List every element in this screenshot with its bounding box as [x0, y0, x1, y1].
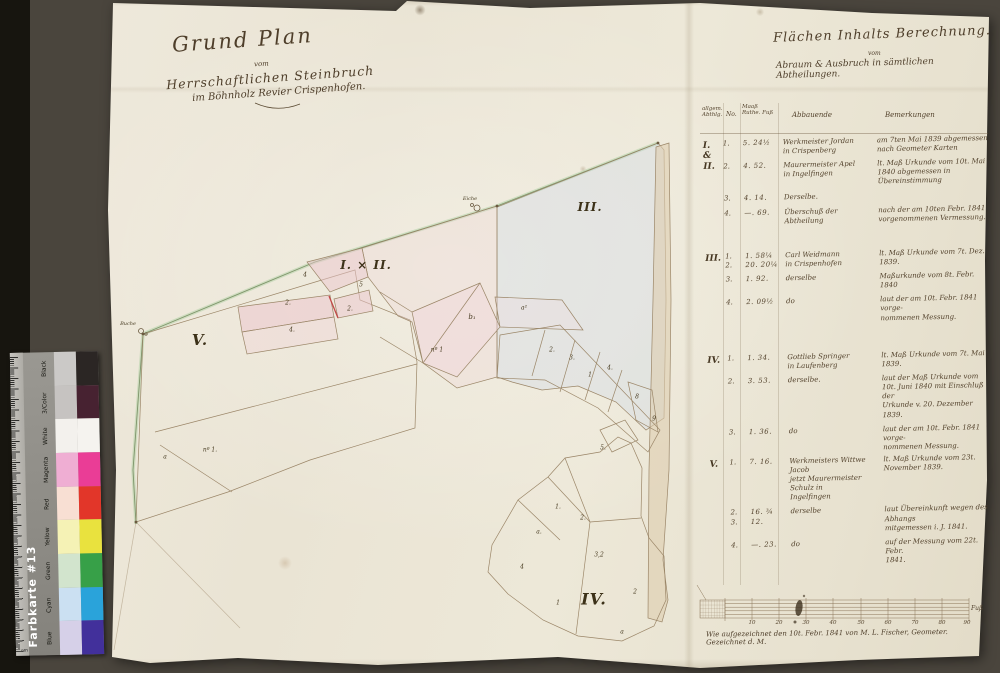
section-rows: 1. 2. 1. 58¼ 20. 20¼ Carl Weidmann in Cr…: [703, 247, 992, 327]
parcel-number-label: 9: [652, 416, 656, 423]
table-row: 1. 1. 34. Gottlieb Springer in Laufenber…: [705, 349, 993, 373]
color-patch-label: Green: [38, 554, 59, 588]
color-patch-tint: [55, 385, 78, 419]
parcel-number-label: 1.: [555, 504, 561, 511]
color-patch-solid: [77, 385, 100, 419]
row-measure: 16. ¾ 12.: [750, 508, 789, 536]
row-remark: lt. Maß Urkunde vom 7t. Mai 1839.: [881, 349, 993, 370]
color-patch-row: Black: [34, 351, 99, 386]
spacer-cell: [708, 509, 729, 537]
color-calibration-card: cm Farbkarte #13 Black 3/Color White: [10, 351, 104, 656]
color-patch-tint: [57, 520, 80, 554]
parcel-number-label: nº 1: [431, 347, 443, 354]
row-measure: 1. 92.: [746, 274, 784, 293]
table-section: I. & II. 1. 5. 24½ Werkmeister Jordan in…: [701, 134, 991, 233]
row-remark: laut Übereinkunft wegen des Abhangs mitg…: [884, 503, 997, 533]
parcel-number-label: 3,2: [594, 552, 604, 559]
row-measure: 2. 09½: [746, 298, 785, 326]
scale-tick-label: 50: [858, 620, 865, 626]
calculation-table: allgem. Abthlg. No. Maaß Ruthe. Fuß Abba…: [700, 103, 988, 593]
table-row: 3. 1. 36. do laut der am 10t. Febr. 1841…: [707, 423, 996, 456]
row-name: Gottlieb Springer in Laufenberg: [787, 351, 879, 371]
parcel-number-label: 2.: [347, 306, 353, 313]
color-patch-row: 3/Color: [35, 385, 100, 420]
color-patch-label: Yellow: [37, 520, 58, 554]
color-patch-tint: [55, 419, 78, 453]
row-remark: laut der am 10t. Febr. 1841 vorge- nomme…: [883, 423, 996, 453]
map-title-prefix: vom: [254, 60, 269, 69]
color-patch-label: Black: [34, 352, 55, 386]
color-patch-solid: [79, 519, 102, 553]
spacer-cell: [704, 299, 725, 327]
row-measure: 1. 34.: [747, 353, 785, 372]
color-patch-label: Magenta: [36, 453, 57, 487]
table-row: 4. 2. 09½ do laut der am 10t. Febr. 1841…: [704, 293, 993, 326]
row-number: 4.: [726, 299, 745, 327]
row-number: 1.: [727, 354, 745, 373]
row-name: Werkmeisters Wittwe Jacob jetzt Maurerme…: [789, 455, 882, 502]
section-rows: 1. 5. 24½ Werkmeister Jordan in Crispenb…: [701, 134, 991, 228]
scale-tick-label: 60: [885, 620, 892, 626]
color-patch-tint: [58, 554, 81, 588]
row-number: 4.: [724, 209, 742, 228]
row-measure: 4. 14.: [744, 194, 782, 204]
scale-tick-label: 20: [776, 620, 783, 626]
color-patch-solid: [81, 620, 104, 654]
row-measure: 3. 53.: [748, 376, 787, 422]
archival-scan-page: { "background": {"mat_color": "#4a453d",…: [0, 0, 1000, 673]
row-remark: laut der Maß Urkunde vom 10t. Juni 1840 …: [882, 372, 995, 420]
table-section: III. 1. 2. 1. 58¼ 20. 20¼ Carl Weidmann …: [703, 247, 993, 332]
parcel-number-label: 1: [556, 600, 560, 607]
row-name: do: [789, 425, 882, 454]
color-patch-solid: [77, 418, 100, 452]
row-number: 4.: [731, 541, 750, 569]
row-measure: —. 23.: [751, 540, 790, 568]
col-header-bemerkungen: Bemerkungen: [885, 111, 935, 119]
color-patch-tint: [59, 621, 82, 655]
table-header-rule: [700, 133, 988, 134]
spacer-cell: [709, 541, 730, 569]
calc-title-prefix: vom: [868, 50, 881, 57]
row-remark: laut der am 10t. Febr. 1841 vorge- nomme…: [880, 293, 993, 323]
scale-tick-label: 10: [749, 620, 756, 626]
row-number: 2.: [723, 162, 742, 190]
color-patch-row: Red: [37, 486, 102, 521]
row-name: Überschuß der Abtheilung: [784, 206, 876, 226]
table-row: 1. 2. 1. 58¼ 20. 20¼ Carl Weidmann in Cr…: [703, 247, 991, 271]
section-rows: 1. 1. 34. Gottlieb Springer in Laufenber…: [705, 349, 995, 456]
col-header-mass: Maaß Ruthe. Fuß: [742, 104, 773, 117]
parcel-number-label: a²: [521, 305, 527, 312]
parcel-number-label: 4.: [607, 365, 613, 372]
scale-unit-label: Fuß: [971, 605, 983, 612]
color-patch-tint: [56, 453, 79, 487]
color-patch-label: 3/Color: [35, 386, 56, 420]
table-row: 1. 5. 24½ Werkmeister Jordan in Crispenb…: [701, 134, 989, 158]
table-row: 2. 3. 16. ¾ 12. derselbe laut Übereinkun…: [708, 503, 997, 536]
row-remark: lt. Maß Urkunde vom 10t. Mai 1840 abgeme…: [877, 157, 990, 187]
row-remark: nach der am 10ten Febr. 1841 vorgenommen…: [878, 204, 990, 225]
row-measure: —. 69.: [744, 208, 782, 227]
row-name: Derselbe.: [784, 192, 876, 203]
color-patch-row: Blue: [39, 620, 104, 655]
color-patch-label: Blue: [39, 621, 60, 655]
row-name: do: [786, 296, 879, 325]
col-header-no: No.: [726, 112, 737, 119]
col-header-abbauende: Abbauende: [792, 111, 832, 119]
spacer-cell: [706, 378, 727, 424]
section-numeral: IV.: [707, 356, 720, 367]
tree-label: Eiche: [463, 196, 477, 202]
row-name: derselbe: [786, 273, 878, 293]
spacer-cell: [702, 195, 722, 205]
table-row: 2. 4. 52. Maurermeister Apel in Ingelfin…: [701, 157, 990, 190]
row-number: 2.: [728, 377, 747, 423]
parcel-number-label: 8: [635, 394, 639, 401]
parcel-number-label: 4: [520, 564, 524, 571]
region-label: IV.: [581, 590, 607, 609]
row-measure: 7. 16.: [749, 457, 788, 503]
scale-tick-label: 80: [939, 620, 946, 626]
color-patch-row: Magenta: [36, 452, 101, 487]
ruler-unit-label: cm: [21, 649, 28, 654]
color-patch-row: Yellow: [37, 519, 102, 554]
spacer-cell: [707, 428, 728, 456]
row-measure: 1. 58¼ 20. 20¼: [745, 251, 783, 270]
col-header-abtheilung: allgem. Abthlg.: [702, 106, 723, 119]
row-number: 3.: [726, 275, 744, 294]
spacer-cell: [702, 209, 722, 228]
region-label: I. × II.: [340, 258, 392, 272]
table-section: V. 1. 7. 16. Werkmeisters Wittwe Jacob j…: [707, 453, 997, 574]
parcel-number-label: 4.: [289, 327, 295, 334]
table-row: 1. 7. 16. Werkmeisters Wittwe Jacob jetz…: [707, 453, 996, 504]
color-patch-row: Cyan: [39, 587, 104, 622]
section-numeral: V.: [709, 460, 718, 471]
parcel-number-label: b₁: [468, 313, 475, 321]
row-remark: auf der Messung vom 22t. Febr. 1841.: [885, 536, 998, 566]
region-label: V.: [192, 331, 208, 349]
color-patch-solid: [79, 486, 102, 520]
parcel-number-label: 3.: [569, 355, 575, 362]
color-patch-label: Red: [37, 487, 58, 521]
color-patch-label: White: [35, 419, 56, 453]
spacer-cell: [704, 276, 724, 295]
scale-caption: Wie aufgezeichnet den 10t. Febr. 1841 vo…: [706, 628, 988, 647]
color-patch-row: White: [35, 418, 100, 453]
row-measure: 1. 36.: [749, 427, 788, 455]
color-patch-tint: [57, 486, 80, 520]
section-numeral: I. & II.: [703, 141, 715, 172]
table-row: 3. 4. 14. Derselbe.: [702, 189, 990, 204]
row-number: 3.: [729, 428, 748, 456]
scale-tick-label: 90: [964, 620, 971, 626]
color-patch-solid: [76, 351, 99, 385]
row-remark: lt. Maß Urkunde vom 7t. Dez. 1839.: [879, 247, 991, 268]
row-number: 2. 3.: [730, 509, 749, 537]
row-name: do: [791, 538, 884, 567]
table-row: 2. 3. 53. derselbe. laut der Maß Urkunde…: [706, 372, 995, 423]
table-row: 4. —. 23. do auf der Messung vom 22t. Fe…: [709, 536, 998, 569]
parcel-number-label: a.: [536, 529, 541, 536]
parcel-number-label: 2: [633, 589, 637, 596]
row-name: Maurermeister Apel in Ingelfingen: [783, 160, 876, 189]
row-remark: lt. Maß Urkunde vom 23t. November 1839.: [883, 453, 996, 501]
color-patch-tint: [59, 587, 82, 621]
color-patch-tint: [54, 352, 77, 386]
region-label: III.: [577, 200, 602, 214]
parcel-number-label: a: [620, 629, 624, 636]
table-section: IV. 1. 1. 34. Gottlieb Springer in Laufe…: [705, 349, 995, 461]
table-row: 3. 1. 92. derselbe Maßurkunde vom 8t. Fe…: [704, 270, 992, 294]
row-name: derselbe: [790, 506, 883, 535]
row-measure: 5. 24½: [743, 138, 781, 157]
scale-tick-label: 30: [803, 620, 810, 626]
row-remark: [878, 189, 990, 200]
parcel-number-label: 4: [303, 272, 307, 279]
row-name: Werkmeister Jordan in Crispenberg: [783, 136, 875, 156]
row-measure: 4. 52.: [743, 162, 782, 190]
row-name: Carl Weidmann in Crispenhofen: [785, 249, 877, 269]
scale-tick-label: 40: [830, 620, 837, 626]
parcel-number-label: 5.: [600, 445, 606, 452]
color-patch-label: Cyan: [39, 588, 60, 622]
parcel-number-label: 2.: [580, 515, 586, 522]
color-patch-solid: [78, 452, 101, 486]
parcel-number-label: 1: [588, 372, 592, 379]
parcel-number-label: 5: [359, 282, 363, 289]
tree-label: Buche: [120, 321, 136, 327]
row-number: 1. 2.: [725, 252, 743, 271]
parcel-number-label: nº 1.: [203, 447, 217, 454]
parcel-number-label: a: [163, 454, 167, 461]
section-numeral: III.: [705, 254, 721, 265]
row-number: 1.: [729, 458, 748, 504]
scale-tick-label: 70: [912, 620, 919, 626]
color-patch-row: Green: [38, 553, 103, 588]
row-remark: Maßurkunde vom 8t. Febr. 1840: [880, 270, 992, 291]
row-name: derselbe.: [788, 374, 881, 421]
row-number: 1.: [723, 139, 741, 158]
parcel-number-label: 2.: [285, 300, 291, 307]
section-rows: 1. 7. 16. Werkmeisters Wittwe Jacob jetz…: [707, 453, 997, 569]
row-number: 3.: [724, 195, 742, 204]
table-row: 4. —. 69. Überschuß der Abtheilung nach …: [702, 204, 990, 228]
parcel-number-label: 2.: [549, 347, 555, 354]
color-patch-rows: Black 3/Color White Magenta: [34, 351, 104, 655]
color-patch-solid: [80, 553, 103, 587]
row-remark: am 7ten Mai 1839 abgemessen nach Geomete…: [877, 134, 989, 155]
color-patch-solid: [81, 587, 104, 621]
